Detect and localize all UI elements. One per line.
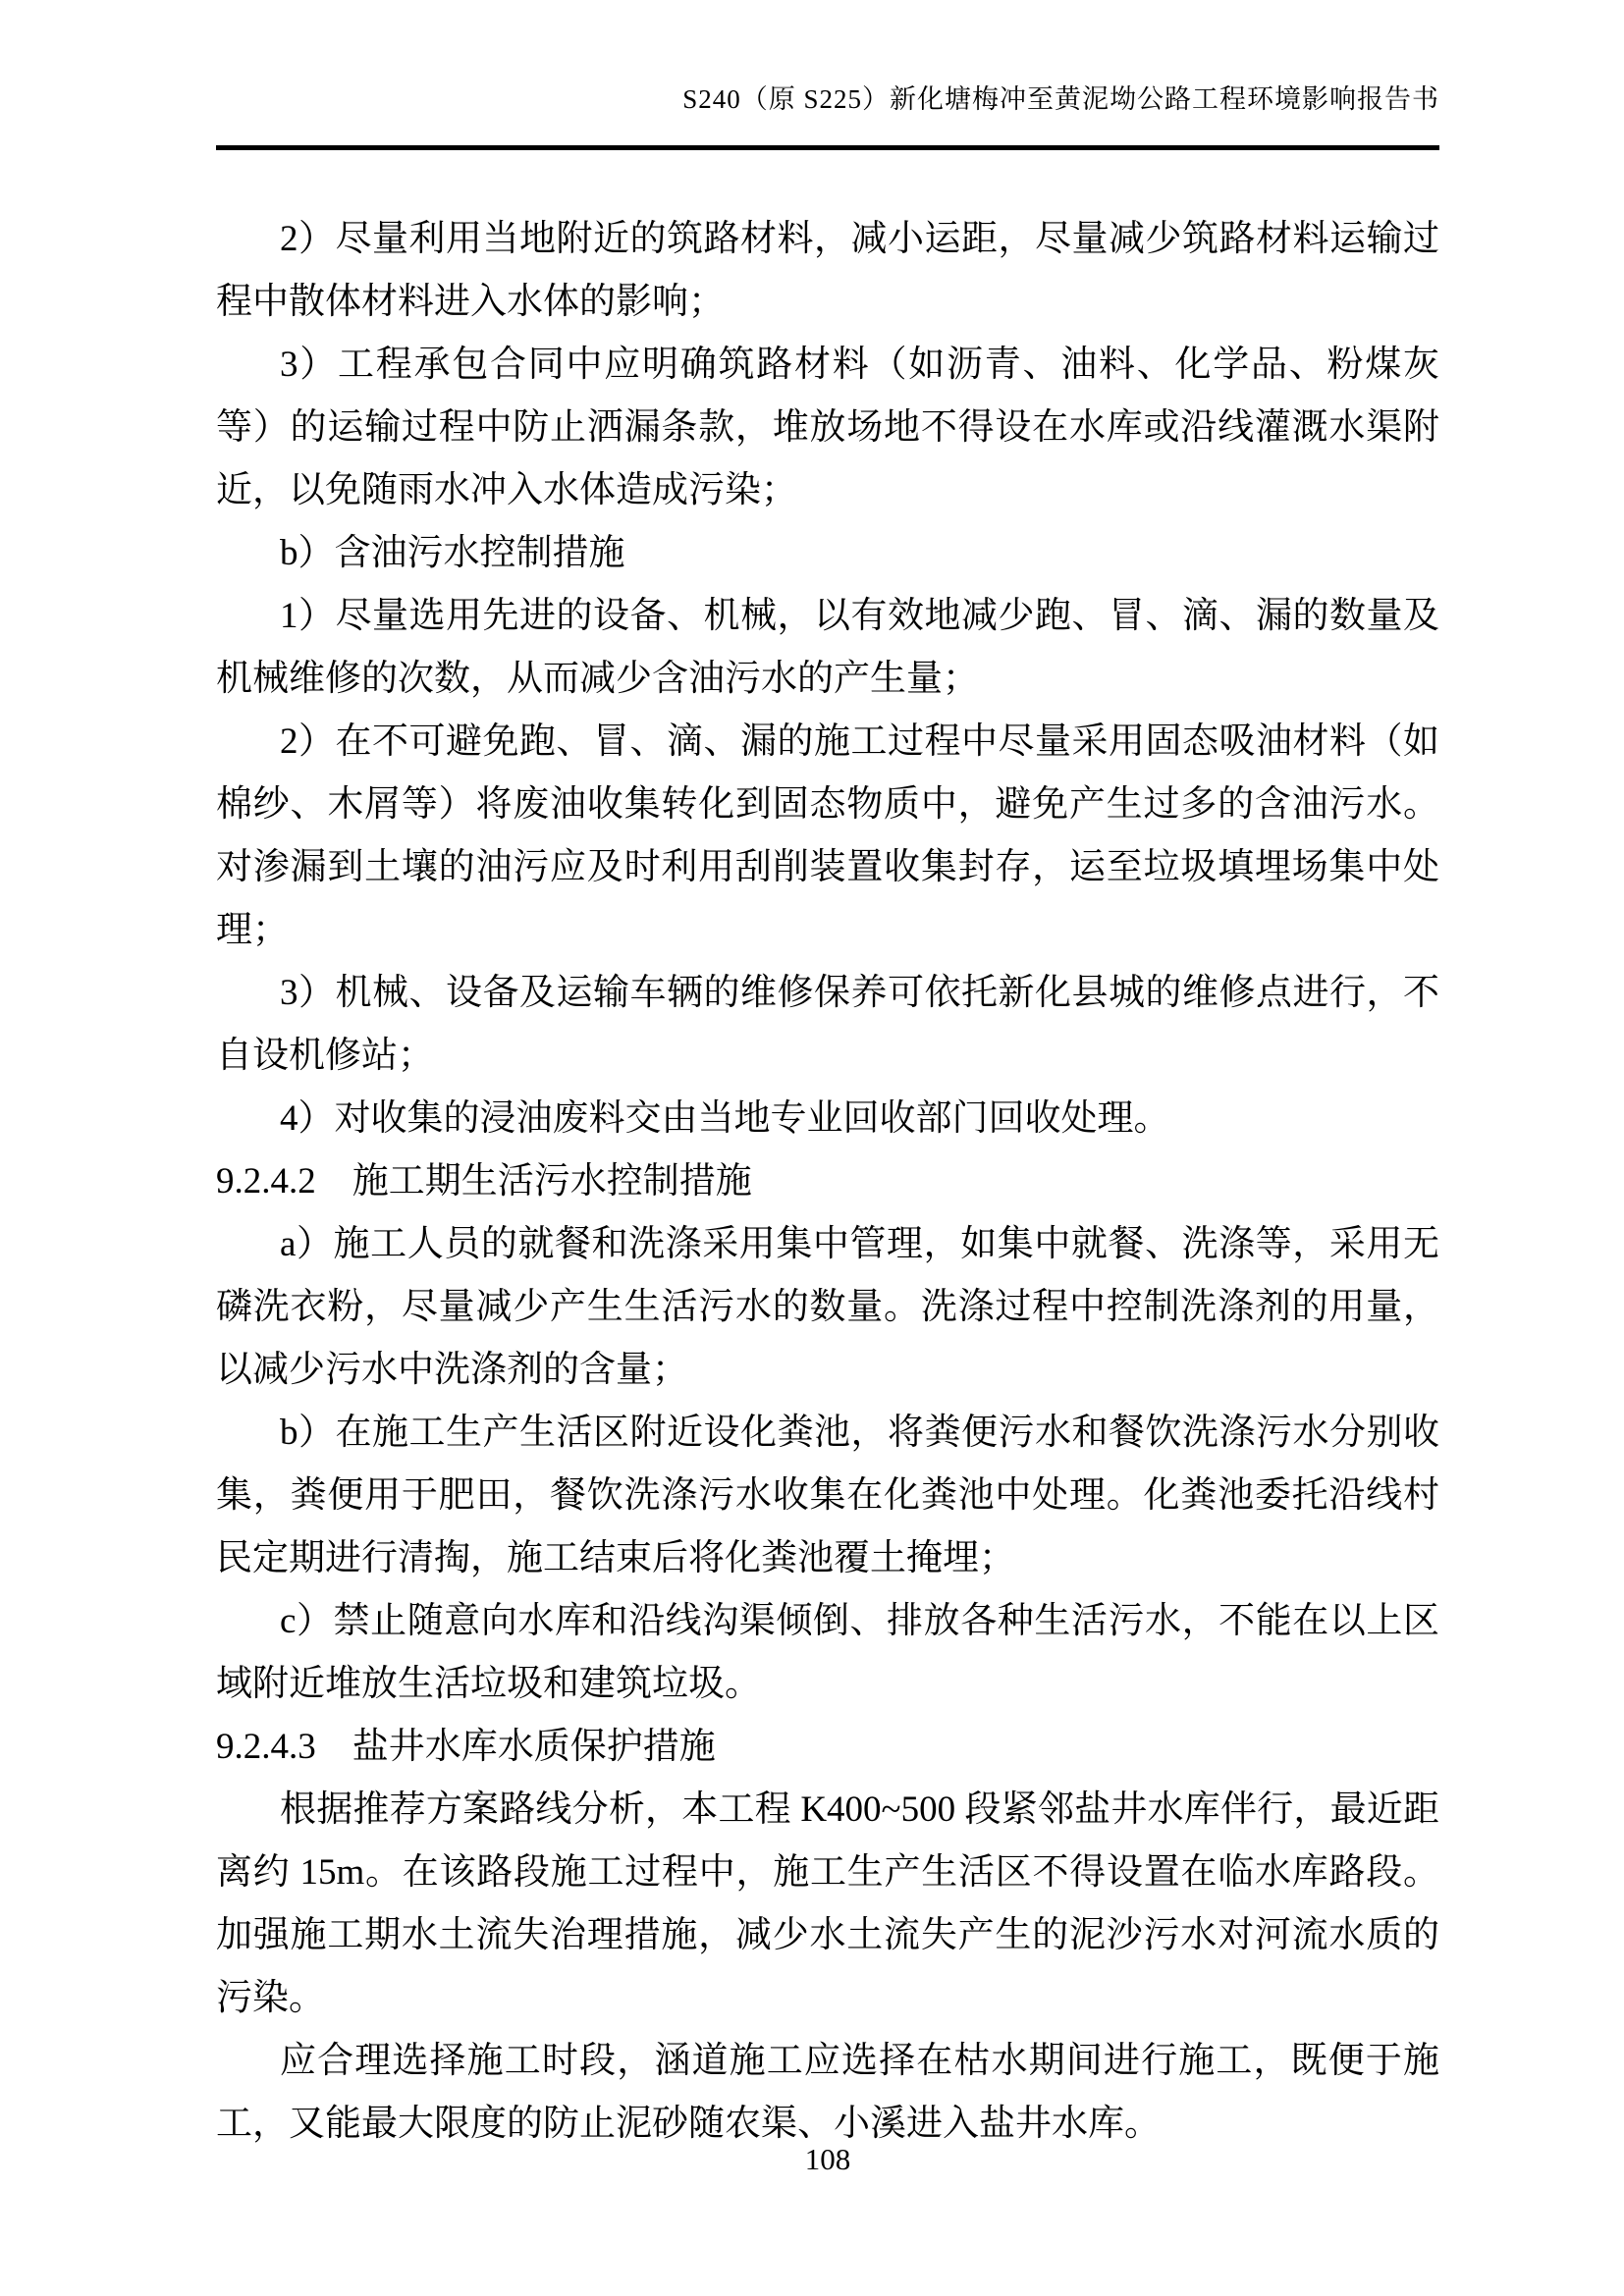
paragraph: a）施工人员的就餐和洗涤采用集中管理，如集中就餐、洗涤等，采用无磷洗衣粉，尽量减…: [216, 1213, 1439, 1402]
section-heading: 9.2.4.3 盐井水库水质保护措施: [216, 1716, 1439, 1779]
paragraph: 1）尽量选用先进的设备、机械，以有效地减少跑、冒、滴、漏的数量及机械维修的次数，…: [216, 585, 1439, 711]
page-footer: 108: [216, 2140, 1439, 2179]
document-body: 2）尽量利用当地附近的筑路材料，减小运距，尽量减少筑路材料运输过程中散体材料进入…: [216, 208, 1439, 2156]
paragraph: 3）机械、设备及运输车辆的维修保养可依托新化县城的维修点进行，不自设机修站；: [216, 962, 1439, 1088]
paragraph: 2）尽量利用当地附近的筑路材料，减小运距，尽量减少筑路材料运输过程中散体材料进入…: [216, 208, 1439, 334]
page-number: 108: [805, 2142, 851, 2176]
document-page: S240（原 S225）新化塘梅冲至黄泥坳公路工程环境影响报告书 2）尽量利用当…: [0, 0, 1624, 2296]
paragraph: 4）对收集的浸油废料交由当地专业回收部门回收处理。: [216, 1088, 1439, 1150]
paragraph: 根据推荐方案路线分析，本工程 K400~500 段紧邻盐井水库伴行，最近距离约 …: [216, 1779, 1439, 2030]
paragraph: b）含油污水控制措施: [216, 522, 1439, 585]
paragraph: 应合理选择施工时段，涵道施工应选择在枯水期间进行施工，既便于施工，又能最大限度的…: [216, 2030, 1439, 2156]
section-heading: 9.2.4.2 施工期生活污水控制措施: [216, 1150, 1439, 1213]
paragraph: c）禁止随意向水库和沿线沟渠倾倒、排放各种生活污水，不能在以上区域附近堆放生活垃…: [216, 1590, 1439, 1716]
running-header-title: S240（原 S225）新化塘梅冲至黄泥坳公路工程环境影响报告书: [216, 0, 1439, 114]
paragraph: b）在施工生产生活区附近设化粪池，将粪便污水和餐饮洗涤污水分别收集，粪便用于肥田…: [216, 1402, 1439, 1590]
page-header: S240（原 S225）新化塘梅冲至黄泥坳公路工程环境影响报告书: [216, 0, 1439, 150]
paragraph: 2）在不可避免跑、冒、滴、漏的施工过程中尽量采用固态吸油材料（如棉纱、木屑等）将…: [216, 711, 1439, 962]
header-divider: [216, 145, 1439, 150]
paragraph: 3）工程承包合同中应明确筑路材料（如沥青、油料、化学品、粉煤灰等）的运输过程中防…: [216, 334, 1439, 522]
